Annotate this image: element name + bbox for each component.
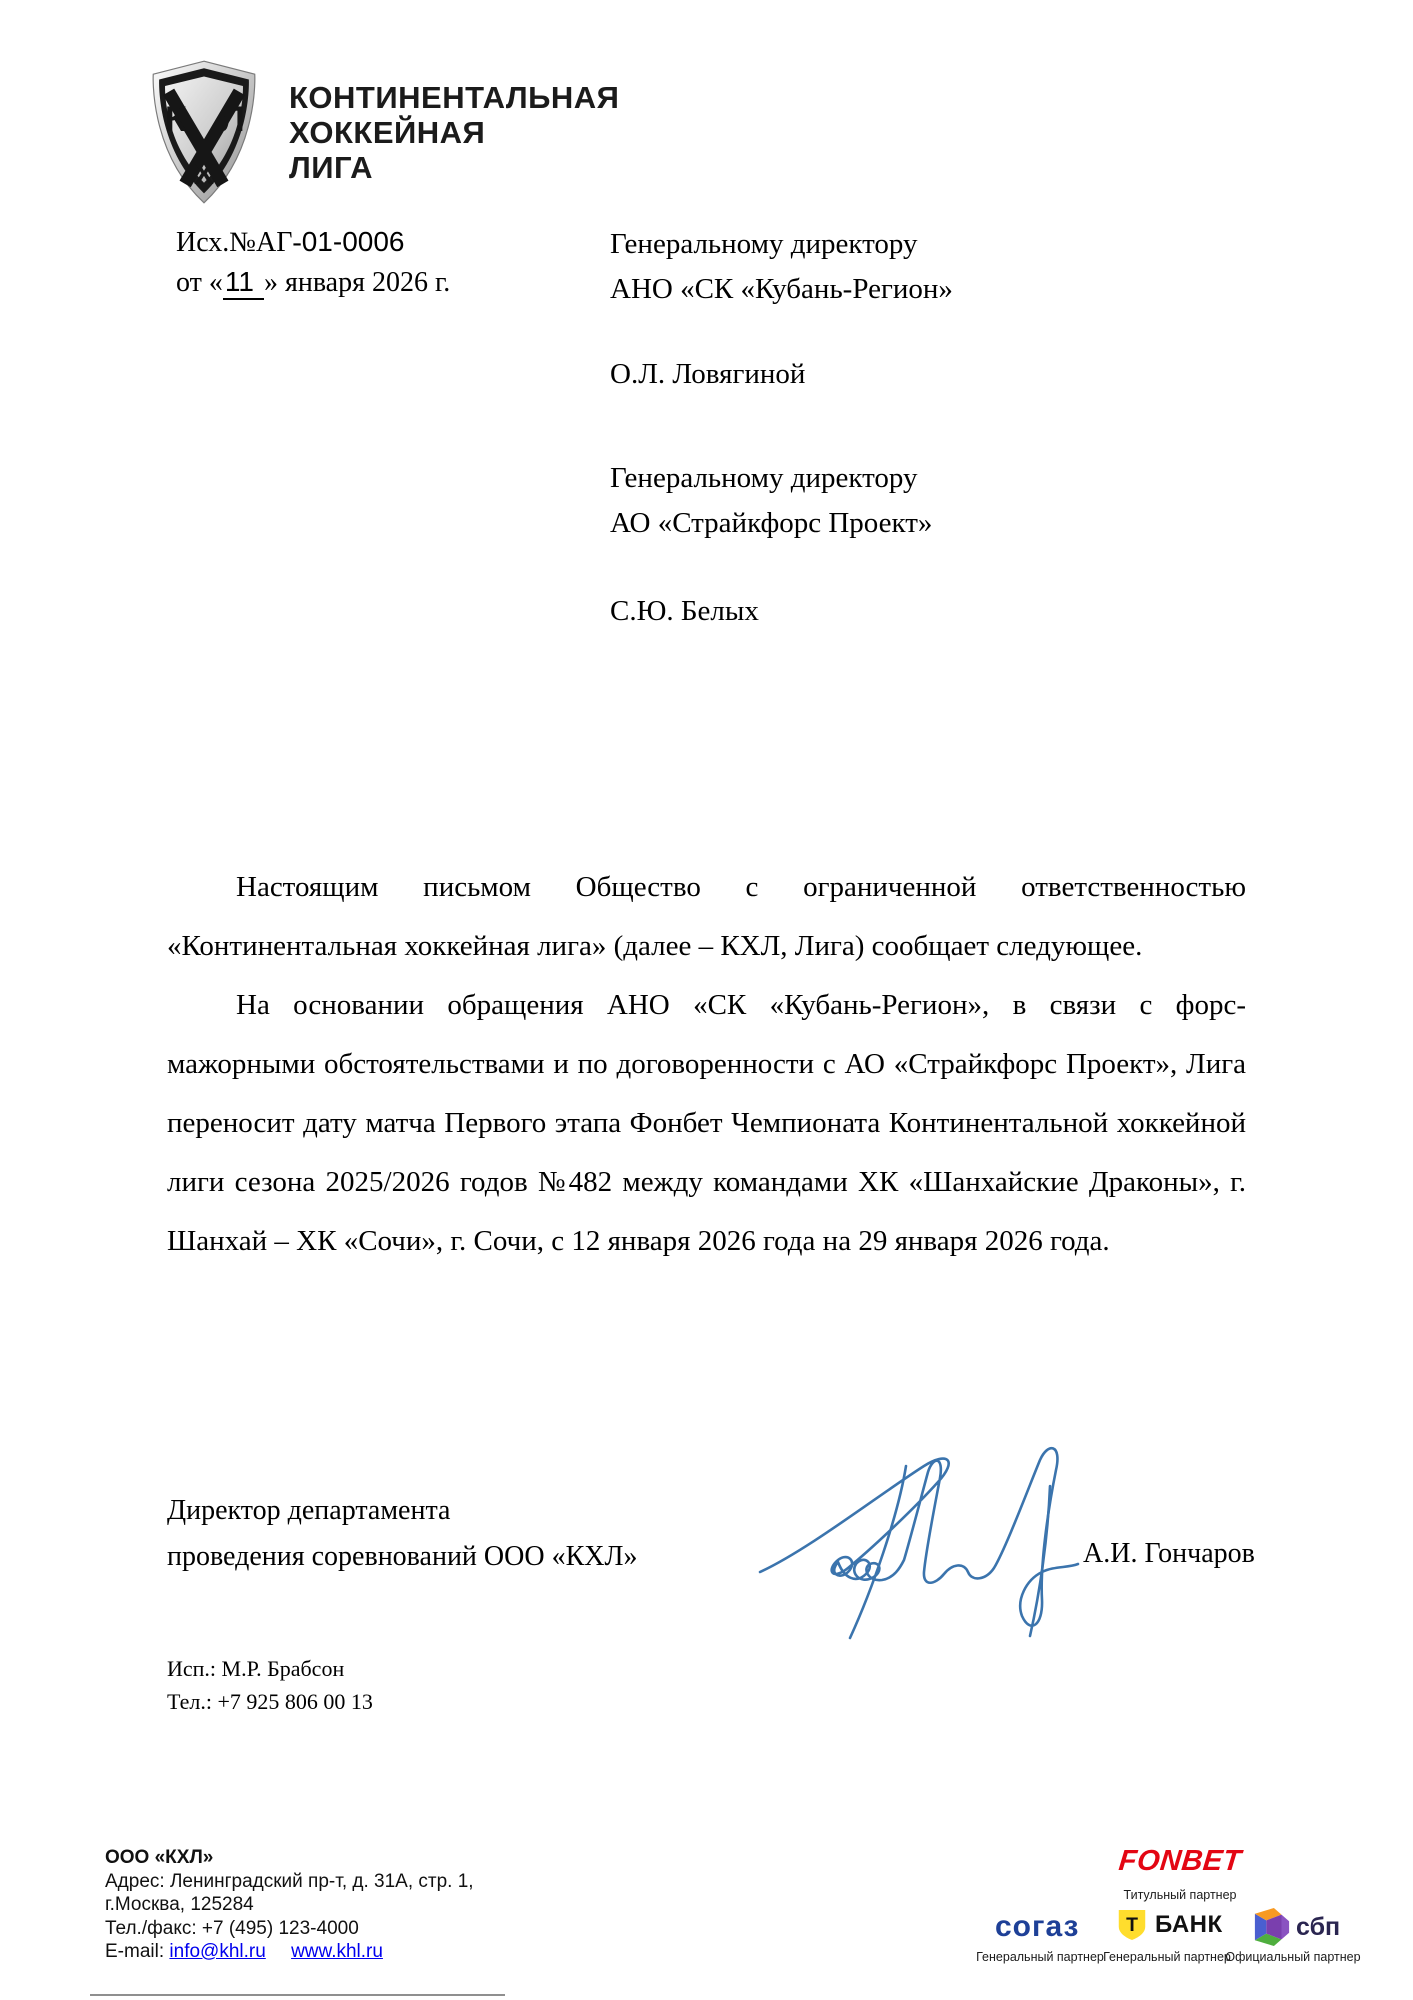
org-name-line1: КОНТИНЕНТАЛЬНАЯ (289, 80, 619, 115)
executor-block: Исп.: М.Р. Брабсон Тел.: +7 925 806 00 1… (167, 1652, 373, 1718)
sbp-partner-label: Официальный партнер (1223, 1950, 1363, 1964)
shield-letter-l: Л (220, 100, 245, 139)
khl-shield-logo: К Л Х (145, 58, 263, 206)
recipient1-title: Генеральному директору (610, 228, 917, 261)
reference-number-prefix: Исх.№АГ- (176, 227, 302, 258)
sogaz-partner-label: Генеральный партнер (975, 1950, 1105, 1964)
tbank-shield-letter: Т (1126, 1914, 1138, 1936)
fonbet-partner-label: Титульный партнер (1105, 1888, 1255, 1902)
signer-name: А.И. Гончаров (1083, 1538, 1255, 1570)
footer-links-row: E-mail: info@khl.ru www.khl.ru (105, 1940, 474, 1964)
footer-address-line1: Адрес: Ленинградский пр-т, д. 31А, стр. … (105, 1870, 474, 1894)
tbank-partner-label: Генеральный партнер (1100, 1950, 1234, 1964)
handwritten-signature (752, 1432, 1132, 1647)
footer-email-label: E-mail: (105, 1941, 164, 1962)
executor-name: Исп.: М.Р. Брабсон (167, 1652, 373, 1685)
executor-phone: Тел.: +7 925 806 00 13 (167, 1685, 373, 1718)
shield-letter-h: Х (194, 158, 214, 191)
tbank-wordmark: БАНК (1155, 1911, 1223, 1939)
reference-date-suffix: » января 2026 г. (264, 267, 450, 298)
recipient2-title: Генеральному директору (610, 462, 917, 495)
signer-title-line2: проведения соревнований ООО «КХЛ» (167, 1534, 637, 1580)
org-name-line2: ХОККЕЙНАЯ (289, 115, 619, 150)
recipient2-org: АО «Страйкфорс Проект» (610, 507, 932, 540)
signer-title: Директор департамента проведения соревно… (167, 1488, 637, 1580)
reference-date: от «11» января 2026 г. (176, 262, 450, 302)
page-edge-line (90, 1994, 505, 1996)
signer-title-line1: Директор департамента (167, 1488, 637, 1534)
reference-date-day: 11 (223, 266, 264, 300)
recipient1-person: О.Л. Ловягиной (610, 358, 805, 391)
sogaz-logo: согаз (995, 1910, 1079, 1944)
letter-body: Настоящим письмом Общество с ограниченно… (167, 858, 1246, 1271)
recipient1-org: АНО «СК «Кубань-Регион» (610, 273, 953, 306)
recipient2-person: С.Ю. Белых (610, 595, 759, 628)
footer-email-link[interactable]: info@khl.ru (169, 1941, 265, 1962)
fonbet-logo: FONBET (1103, 1845, 1256, 1878)
org-name-line3: ЛИГА (289, 150, 619, 185)
body-paragraph-2: На основании обращения АНО «СК «Кубань-Р… (167, 976, 1246, 1271)
sbp-mark-icon (1253, 1906, 1291, 1948)
sbp-wordmark: сбп (1296, 1913, 1340, 1942)
letter-page: К Л Х КОНТИНЕНТАЛЬНАЯ ХОККЕЙНАЯ ЛИГА Исх… (0, 0, 1413, 2000)
reference-date-prefix: от « (176, 267, 223, 298)
reference-block: Исх.№АГ-01-0006 от «11» января 2026 г. (176, 222, 450, 302)
org-name: КОНТИНЕНТАЛЬНАЯ ХОККЕЙНАЯ ЛИГА (289, 80, 619, 185)
footer-website-link[interactable]: www.khl.ru (291, 1941, 383, 1962)
footer-address-line2: г.Москва, 125284 (105, 1893, 474, 1917)
footer-phone: Тел./факс: +7 (495) 123-4000 (105, 1917, 474, 1941)
reference-number: Исх.№АГ-01-0006 (176, 222, 450, 262)
tbank-logo: Т БАНК (1117, 1908, 1223, 1942)
sbp-logo: сбп (1253, 1906, 1340, 1948)
footer-org: ООО «КХЛ» (105, 1846, 474, 1870)
footer-contacts: ООО «КХЛ» Адрес: Ленинградский пр-т, д. … (105, 1846, 474, 1964)
body-paragraph-1: Настоящим письмом Общество с ограниченно… (167, 858, 1246, 976)
shield-letter-k: К (165, 100, 187, 139)
reference-number-value: 01-0006 (302, 226, 405, 257)
tbank-shield-icon: Т (1117, 1908, 1147, 1942)
